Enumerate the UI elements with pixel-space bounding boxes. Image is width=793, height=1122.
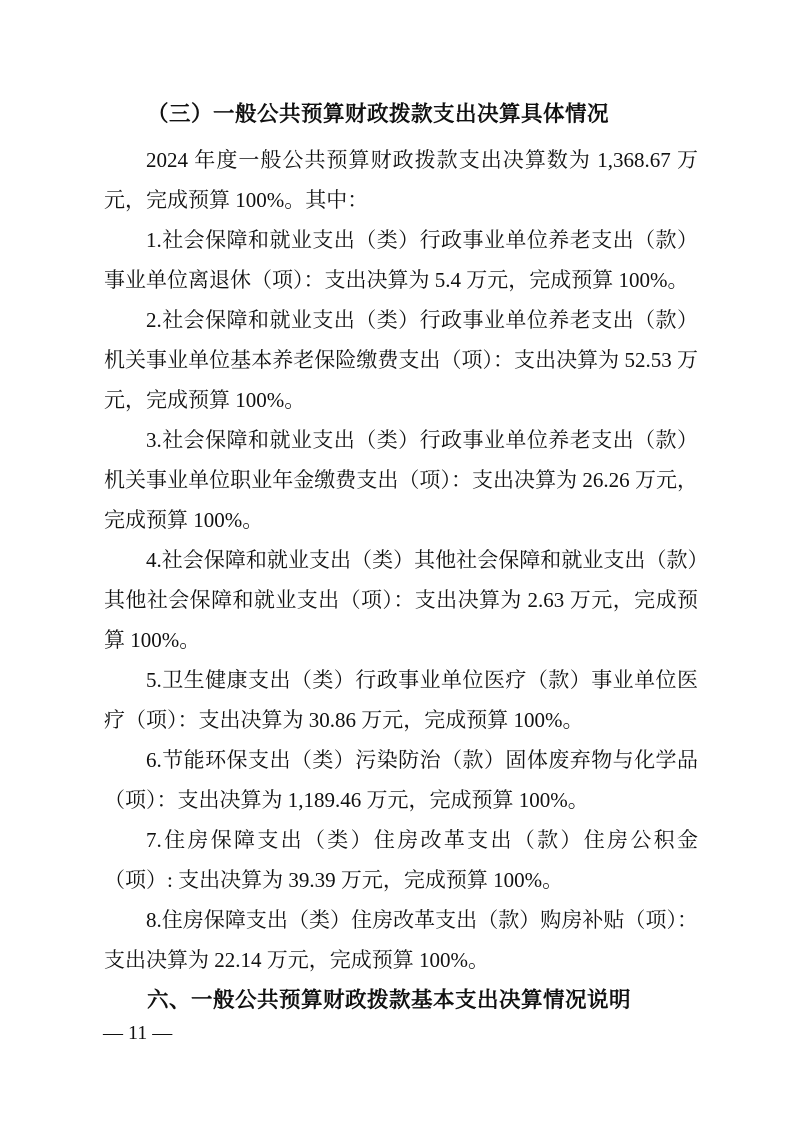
intro-paragraph: 2024 年度一般公共预算财政拨款支出决算数为 1,368.67 万元，完成预算… <box>104 140 698 220</box>
expenditure-item-5: 5.卫生健康支出（类）行政事业单位医疗（款）事业单位医疗（项）：支出决算为 30… <box>104 660 698 740</box>
document-content: （三）一般公共预算财政拨款支出决算具体情况 2024 年度一般公共预算财政拨款支… <box>104 94 698 1020</box>
expenditure-item-4: 4.社会保障和就业支出（类）其他社会保障和就业支出（款）其他社会保障和就业支出（… <box>104 540 698 660</box>
expenditure-item-6: 6.节能环保支出（类）污染防治（款）固体废弃物与化学品（项）：支出决算为 1,1… <box>104 740 698 820</box>
expenditure-item-8: 8.住房保障支出（类）住房改革支出（款）购房补贴（项）：支出决算为 22.14 … <box>104 900 698 980</box>
expenditure-item-7: 7.住房保障支出（类）住房改革支出（款）住房公积金（项）: 支出决算为 39.3… <box>104 820 698 900</box>
next-section-heading: 六、一般公共预算财政拨款基本支出决算情况说明 <box>104 980 698 1020</box>
expenditure-item-1: 1.社会保障和就业支出（类）行政事业单位养老支出（款）事业单位离退休（项）：支出… <box>104 220 698 300</box>
page-number: — 11 — <box>103 1018 172 1048</box>
expenditure-item-3: 3.社会保障和就业支出（类）行政事业单位养老支出（款）机关事业单位职业年金缴费支… <box>104 420 698 540</box>
section-heading: （三）一般公共预算财政拨款支出决算具体情况 <box>104 94 698 134</box>
expenditure-item-2: 2.社会保障和就业支出（类）行政事业单位养老支出（款）机关事业单位基本养老保险缴… <box>104 300 698 420</box>
document-page: （三）一般公共预算财政拨款支出决算具体情况 2024 年度一般公共预算财政拨款支… <box>0 0 793 1122</box>
